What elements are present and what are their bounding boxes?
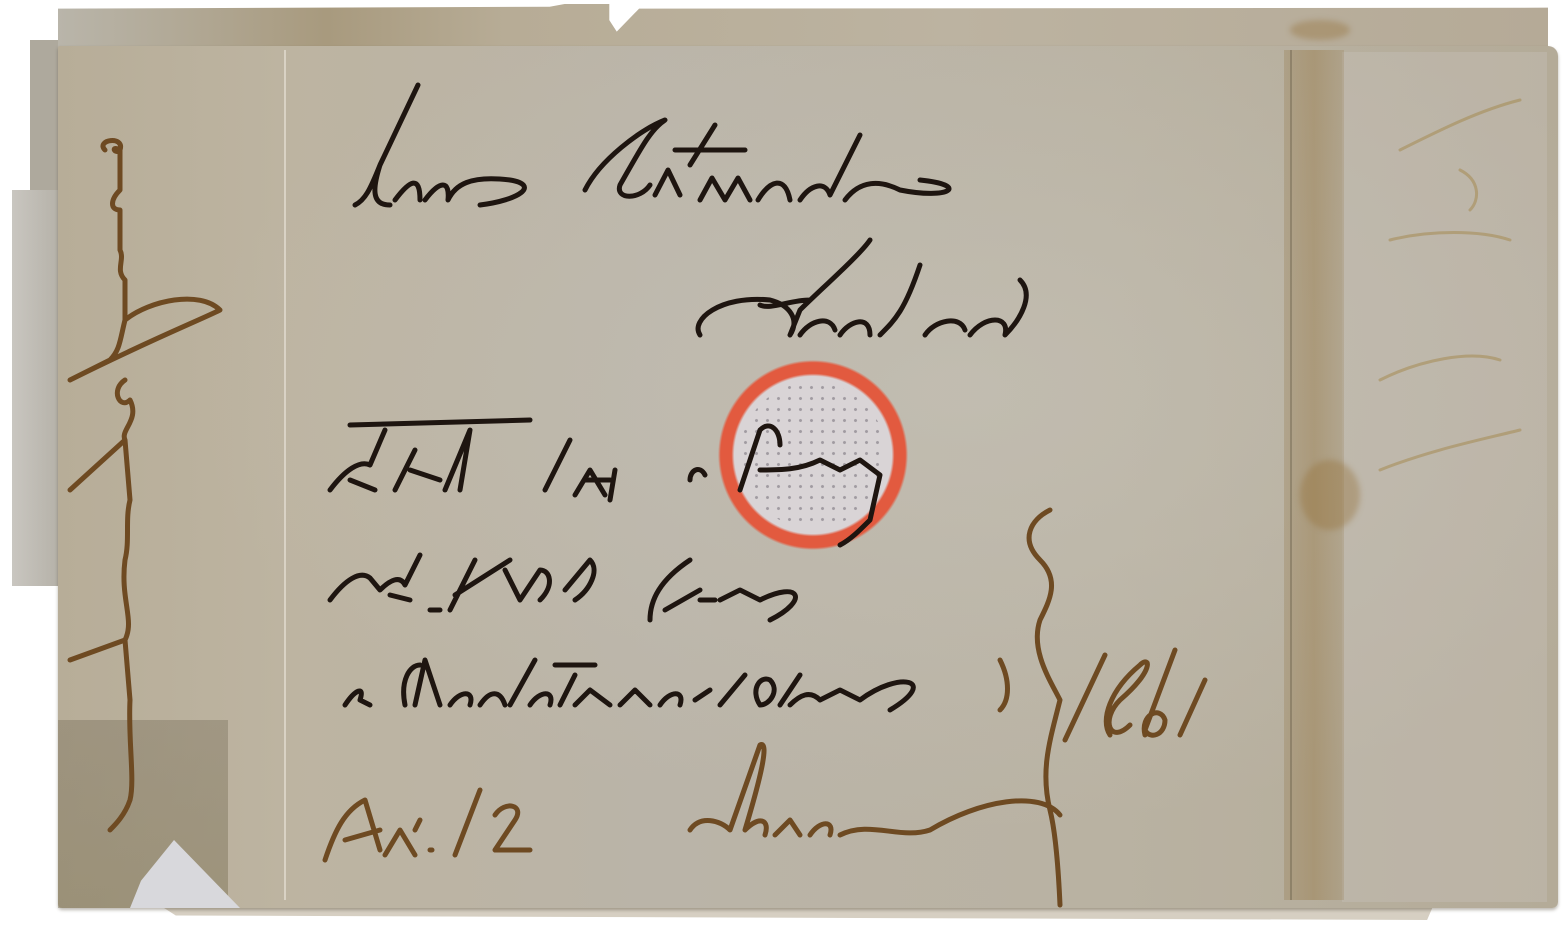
fold-line [284, 50, 286, 900]
fold-line [1290, 50, 1292, 900]
water-stain [1290, 20, 1350, 40]
water-stain [1300, 460, 1360, 530]
right-fold-panel [1342, 52, 1547, 902]
scanned-letter: John Entwistle London dated 14 May recd.… [0, 0, 1563, 936]
